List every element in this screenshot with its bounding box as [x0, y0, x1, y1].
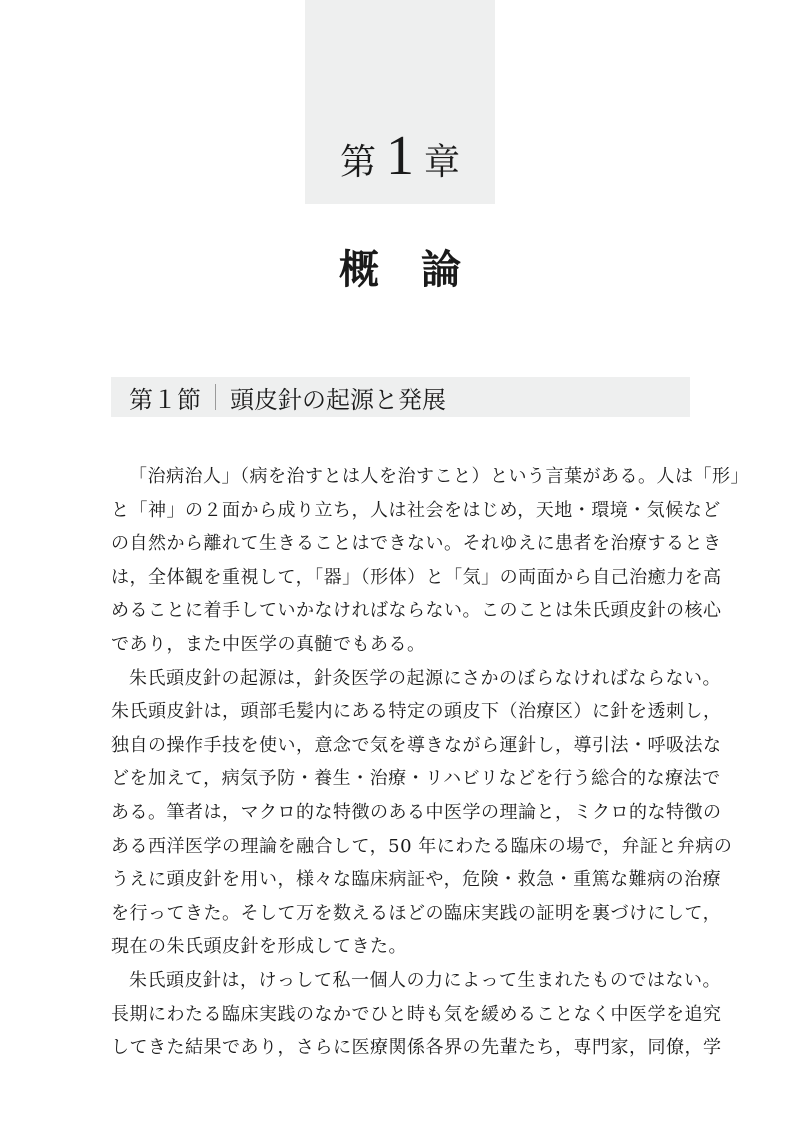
section-title: 頭皮針の起源と発展 [216, 380, 446, 415]
paragraph-line: であり，また中医学の真髄でもある。 [111, 628, 691, 662]
chapter-prefix: 第 [340, 142, 376, 183]
chapter-title-char: 論 [421, 250, 461, 290]
chapter-title-char: 概 [339, 250, 379, 290]
paragraph-line: どを加えて，病気予防・養生・治療・リハビリなどを行う総合的な療法で [111, 762, 691, 796]
paragraph-line: 朱氏頭皮針の起源は，針灸医学の起源にさかのぼらなければならない。 [111, 662, 691, 696]
paragraph-line: 朱氏頭皮針は，頭部毛髪内にある特定の頭皮下（治療区）に針を透刺し， [111, 695, 691, 729]
chapter-suffix: 章 [424, 142, 460, 183]
paragraph-line: してきた結果であり，さらに医療関係各界の先輩たち，専門家，同僚，学 [111, 1031, 691, 1065]
paragraph-line: を行ってきた。そして万を数えるほどの臨床実践の証明を裏づけにして， [111, 897, 691, 931]
paragraph-line: めることに着手していかなければならない。このことは朱氏頭皮針の核心 [111, 594, 691, 628]
paragraph-line: の自然から離れて生きることはできない。それゆえに患者を治療するとき [111, 527, 691, 561]
paragraph-line: 朱氏頭皮針は，けっして私一個人の力によって生まれたものではない。 [111, 964, 691, 998]
paragraph-line: 長期にわたる臨床実践のなかでひと時も気を緩めることなく中医学を追究 [111, 998, 691, 1032]
paragraph-line: 現在の朱氏頭皮針を形成してきた。 [111, 930, 691, 964]
paragraph-line: ある。筆者は，マクロ的な特徴のある中医学の理論と，ミクロ的な特徴の [111, 796, 691, 830]
paragraph-line: うえに頭皮針を用い，様々な臨床病証や，危険・救急・重篤な難病の治療 [111, 863, 691, 897]
paragraph-line: 「治病治人」（病を治すとは人を治すこと）という言葉がある。人は「形」 [111, 460, 691, 494]
body-text: 「治病治人」（病を治すとは人を治すこと）という言葉がある。人は「形」 と「神」の… [111, 460, 691, 1065]
chapter-title: 概論 [0, 250, 800, 290]
chapter-heading-box: 第1章 [305, 0, 495, 204]
paragraph-line: ある西洋医学の理論を融合して，50 年にわたる臨床の場で，弁証と弁病の [111, 830, 691, 864]
chapter-number: 1 [386, 125, 414, 187]
section-heading: 第１節 頭皮針の起源と発展 [111, 377, 690, 417]
paragraph-line: は，全体観を重視して，「器」（形体）と「気」の両面から自己治癒力を高 [111, 561, 691, 595]
section-number: 第１節 [111, 380, 215, 415]
paragraph-line: 独自の操作手技を使い，意念で気を導きながら運針し，導引法・呼吸法な [111, 729, 691, 763]
chapter-label: 第1章 [305, 128, 495, 184]
paragraph-line: と「神」の２面から成り立ち，人は社会をはじめ，天地・環境・気候など [111, 494, 691, 528]
